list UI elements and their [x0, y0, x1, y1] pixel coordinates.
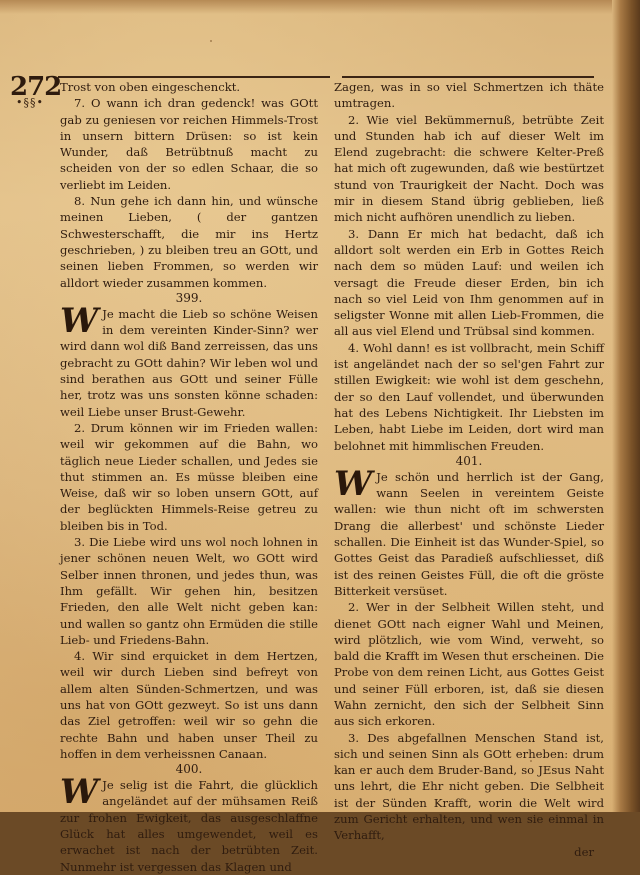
verse: 3. Die Liebe wird uns wol noch lohnen in…: [60, 534, 318, 648]
verse: 3. Des abgefallnen Menschen Stand ist, s…: [334, 730, 604, 812]
verse: 4. Wohl dann! es ist vollbracht, mein Sc…: [334, 340, 604, 454]
book-binding-gutter: [612, 0, 640, 812]
verse: 2. Wer in der Selbheit Willen steht, und…: [334, 599, 604, 729]
verse: 2. Drum können wir im Frieden wallen: we…: [60, 420, 318, 534]
continuation-text: Trost von oben eingeschenckt.: [60, 79, 318, 95]
hymn-number: 399.: [60, 291, 318, 306]
paper-speck: [530, 760, 532, 762]
verse: 8. Nun gehe ich dann hin, und wünsche me…: [60, 193, 318, 291]
hymn-opening: W Je macht die Lieb so schöne Weisen in …: [60, 306, 318, 420]
hymn-number: 401.: [334, 454, 604, 469]
verse: 4. Wir sind erquicket in dem Hertzen, we…: [60, 648, 318, 762]
drop-cap: W: [334, 470, 372, 498]
verse: 2. Wie viel Bekümmernuß, betrübte Zeit u…: [334, 112, 604, 226]
header-rule-left: [58, 76, 330, 78]
hymn-opening: W Je schön und herrlich ist der Gang, wa…: [334, 469, 604, 599]
left-column: Trost von oben eingeschenckt. 7. O wann …: [60, 79, 318, 812]
header-rule-right: [342, 76, 594, 78]
verse: 3. Dann Er mich hat bedacht, daß ich all…: [334, 226, 604, 340]
top-edge-stain: [0, 0, 612, 14]
paper-speck: [410, 770, 412, 772]
paper-speck: [140, 790, 142, 792]
continuation-text: Zagen, was in so viel Schmertzen ich thä…: [334, 79, 604, 112]
hymn-opening-text: Je selig ist die Fahrt, die glücklich an…: [60, 778, 318, 812]
ornament-icon: •§§•: [16, 96, 44, 109]
right-column: Zagen, was in so viel Schmertzen ich thä…: [334, 79, 604, 812]
book-page: 272 •§§• Trost von oben eingeschenckt. 7…: [0, 0, 628, 812]
paper-speck: [210, 40, 212, 42]
hymn-opening-text: Je macht die Lieb so schöne Weisen in de…: [60, 307, 318, 419]
hymn-number: 400.: [60, 762, 318, 777]
drop-cap: W: [60, 778, 98, 806]
verse: 7. O wann ich dran gedenck! was GOtt gab…: [60, 95, 318, 193]
hymn-opening-text: Je schön und herrlich ist der Gang, wann…: [334, 470, 604, 598]
hymn-opening: W Je selig ist die Fahrt, die glücklich …: [60, 777, 318, 812]
drop-cap: W: [60, 307, 98, 335]
